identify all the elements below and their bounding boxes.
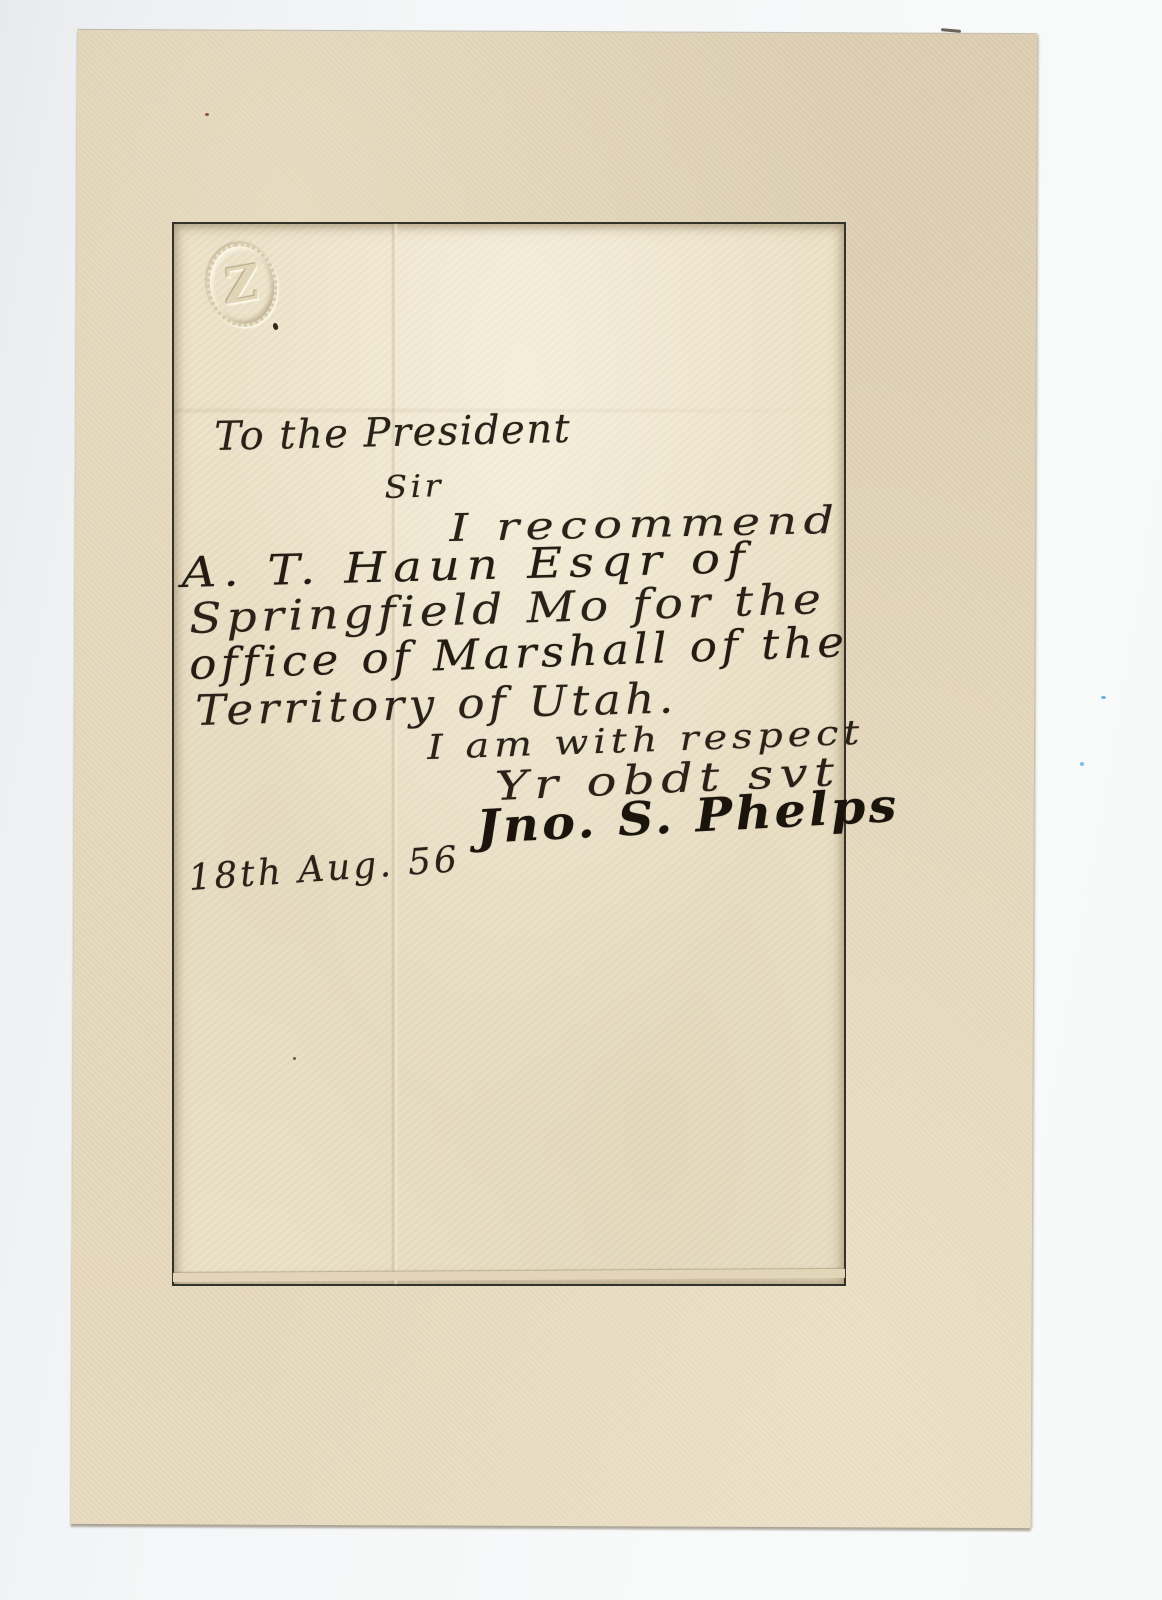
vertical-fold-crease: [391, 224, 398, 1284]
embossed-seal: Z: [200, 238, 284, 333]
card-speck: [205, 113, 209, 116]
paper-speck: [293, 1057, 296, 1060]
blue-speck: [1101, 696, 1106, 699]
letter-line-salutation: Sir: [384, 468, 445, 506]
ink-blot: [272, 322, 279, 330]
card-edge-nick: [941, 28, 961, 33]
paper-bottom-edge: [173, 1269, 845, 1282]
seal-monogram: Z: [224, 254, 260, 317]
date-line: 18th Aug. 56: [187, 839, 461, 899]
scanned-letter-photo: Z To the President Sir I recommend A. T.…: [0, 0, 1162, 1600]
letter-line-address: To the President: [214, 406, 572, 460]
letter-paper: Z To the President Sir I recommend A. T.…: [172, 222, 846, 1286]
blue-speck: [1080, 762, 1084, 766]
